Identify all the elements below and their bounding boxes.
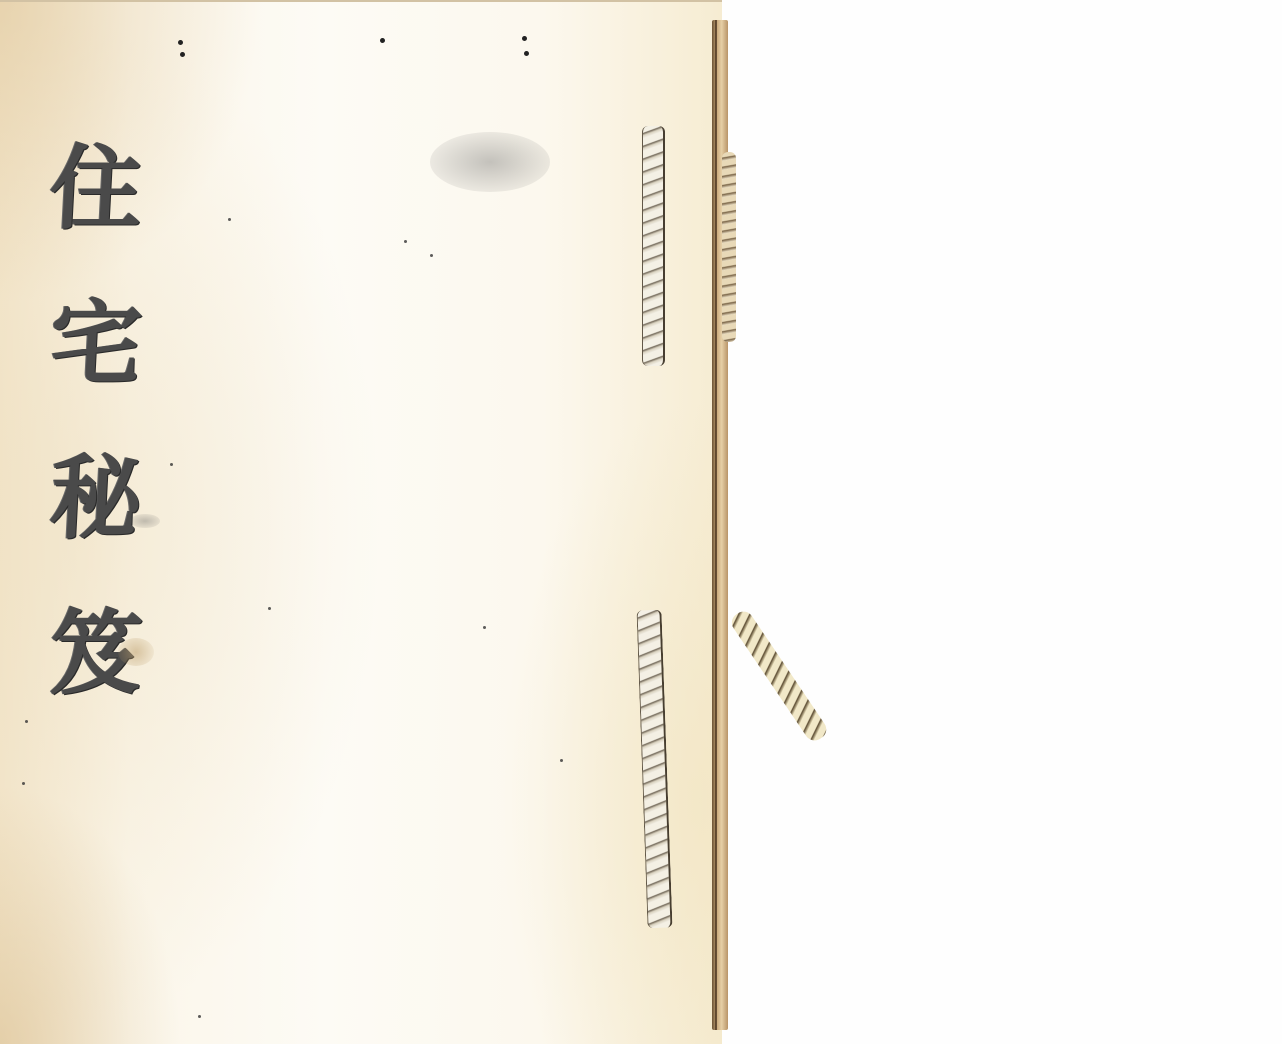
speck <box>170 463 173 466</box>
binding-hole <box>524 51 529 56</box>
speck <box>483 626 486 629</box>
speck <box>228 218 231 221</box>
spine-thread-upper <box>722 152 736 342</box>
cover-title: 住 宅 秘 笈 <box>36 110 156 730</box>
ink-smudge <box>130 514 160 528</box>
book-photo: 住 宅 秘 笈 <box>0 0 1282 1044</box>
title-char-2: 宅 <box>46 265 146 420</box>
binding-thread-lower <box>636 610 672 929</box>
book-cover: 住 宅 秘 笈 <box>0 0 722 1044</box>
binding-hole <box>180 52 185 57</box>
loose-thread <box>728 608 830 745</box>
speck <box>198 1015 201 1018</box>
speck <box>560 759 563 762</box>
speck <box>22 782 25 785</box>
binding-hole <box>178 40 183 45</box>
title-char-1: 住 <box>46 110 146 265</box>
binding-hole <box>522 36 527 41</box>
speck <box>268 607 271 610</box>
ink-smudge <box>430 132 550 192</box>
binding-thread-upper <box>642 126 665 366</box>
speck <box>25 720 28 723</box>
stain <box>118 638 154 666</box>
title-char-3: 秘 <box>46 420 146 575</box>
speck <box>404 240 407 243</box>
binding-hole <box>380 38 385 43</box>
speck <box>430 254 433 257</box>
